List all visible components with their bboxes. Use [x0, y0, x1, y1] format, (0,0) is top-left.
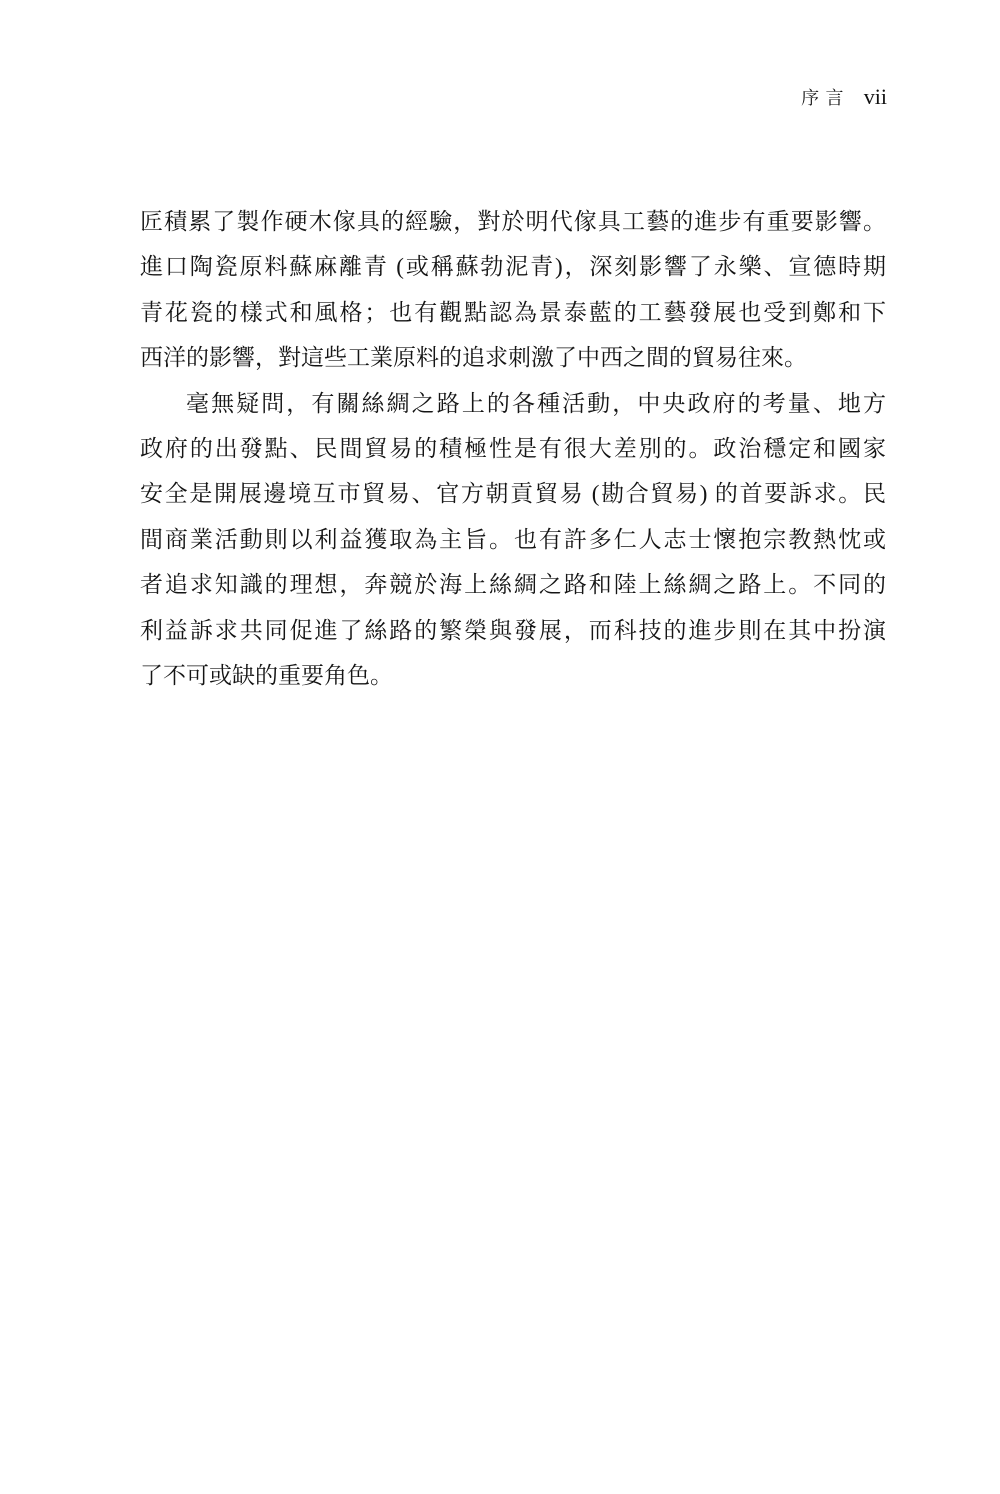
- text-line: 利益訴求共同促進了絲路的繁榮與發展，而科技的進步則在其中扮演: [140, 608, 886, 653]
- text-line: 間商業活動則以利益獲取為主旨。也有許多仁人志士懷抱宗教熱忱或: [140, 517, 886, 562]
- text-line: 進口陶瓷原料蘇麻離青 (或稱蘇勃泥青)，深刻影響了永樂、宣德時期: [140, 244, 886, 289]
- text-line: 政府的出發點、民間貿易的積極性是有很大差別的。政治穩定和國家: [140, 426, 886, 471]
- section-title: 序言: [801, 84, 850, 110]
- text-line: 匠積累了製作硬木傢具的經驗，對於明代傢具工藝的進步有重要影響。: [140, 199, 886, 244]
- page-number: vii: [864, 84, 887, 110]
- text-line: 西洋的影響，對這些工業原料的追求刺激了中西之間的貿易往來。: [140, 335, 886, 380]
- text-line: 青花瓷的樣式和風格；也有觀點認為景泰藍的工藝發展也受到鄭和下: [140, 290, 886, 335]
- document-page: 序言 vii 匠積累了製作硬木傢具的經驗，對於明代傢具工藝的進步有重要影響。 進…: [0, 0, 1000, 1494]
- running-header: 序言 vii: [801, 84, 887, 110]
- text-line: 毫無疑問，有關絲綢之路上的各種活動，中央政府的考量、地方: [140, 381, 886, 426]
- text-line: 安全是開展邊境互市貿易、官方朝貢貿易 (勘合貿易) 的首要訴求。民: [140, 471, 886, 516]
- body-text: 匠積累了製作硬木傢具的經驗，對於明代傢具工藝的進步有重要影響。 進口陶瓷原料蘇麻…: [140, 199, 886, 698]
- text-line: 者追求知識的理想，奔競於海上絲綢之路和陸上絲綢之路上。不同的: [140, 562, 886, 607]
- text-line: 了不可或缺的重要角色。: [140, 653, 886, 698]
